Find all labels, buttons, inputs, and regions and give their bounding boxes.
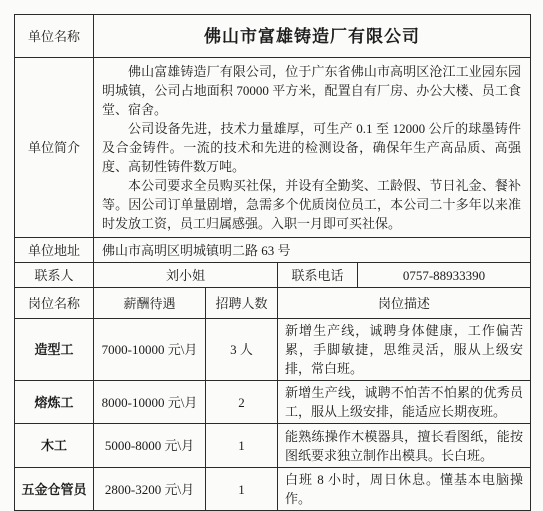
contact-person-label: 联系人 [15,263,94,288]
job-name: 熔炼工 [15,381,94,424]
job-salary: 2800-3200 元\月 [94,468,206,511]
job-name: 造型工 [15,319,94,381]
intro-paragraph-1: 佛山富雄铸造厂有限公司，位于广东省佛山市高明区沧江工业园东园明城镇，公司占地面积… [102,62,521,119]
job-headcount: 1 [206,424,278,468]
job-salary: 5000-8000 元\月 [94,424,206,468]
job-description: 白班 8 小时，周日休息。懂基本电脑操作。 [278,468,531,511]
table-row-company-name: 单位名称 佛山市富雄铸造厂有限公司 [15,15,531,58]
jobs-header-description: 岗位描述 [278,288,531,319]
job-headcount: 3 人 [206,319,278,381]
job-name: 木工 [15,424,94,468]
job-headcount: 1 [206,468,278,511]
job-salary: 7000-10000 元\月 [94,319,206,381]
table-row-address: 单位地址 佛山市高明区明城镇明二路 63 号 [15,238,531,263]
table-row-contact: 联系人 刘小姐 联系电话 0757-88933390 [15,263,531,288]
table-row-job-molder: 造型工 7000-10000 元\月 3 人 新增生产线，诚聘身体健康，工作偏苦… [15,319,531,381]
table-row-job-warehouse-keeper: 五金仓管员 2800-3200 元\月 1 白班 8 小时，周日休息。懂基本电脑… [15,468,531,511]
contact-phone-value: 0757-88933390 [358,263,531,288]
company-name-label: 单位名称 [15,15,94,58]
intro-paragraph-3: 本公司要求全员购买社保，并设有全勤奖、工龄假、节日礼金、餐补等。因公司订单量剧增… [102,176,521,233]
job-description: 新增生产线，诚聘不怕苦不怕累的优秀员工，服从上级安排，能适应长期夜班。 [278,381,531,424]
job-headcount: 2 [206,381,278,424]
job-description: 能熟练操作木模器具，擅长看图纸，能按图纸要求独立制作出模具。长白班。 [278,424,531,468]
table-row-company-intro: 单位简介 佛山富雄铸造厂有限公司，位于广东省佛山市高明区沧江工业园东园明城镇，公… [15,58,531,238]
company-intro-label: 单位简介 [15,58,94,238]
table-row-job-carpenter: 木工 5000-8000 元\月 1 能熟练操作木模器具，擅长看图纸，能按图纸要… [15,424,531,468]
address-value: 佛山市高明区明城镇明二路 63 号 [94,238,531,263]
company-intro-value: 佛山富雄铸造厂有限公司，位于广东省佛山市高明区沧江工业园东园明城镇，公司占地面积… [94,58,531,238]
contact-person-value: 刘小姐 [94,263,278,288]
company-name-value: 佛山市富雄铸造厂有限公司 [94,15,531,58]
job-name: 五金仓管员 [15,468,94,511]
job-posting-table: 单位名称 佛山市富雄铸造厂有限公司 单位简介 佛山富雄铸造厂有限公司，位于广东省… [14,14,531,511]
job-salary: 8000-10000 元\月 [94,381,206,424]
job-description: 新增生产线，诚聘身体健康，工作偏苦累，手脚敏捷，思维灵活，服从上级安排，常白班。 [278,319,531,381]
address-label: 单位地址 [15,238,94,263]
table-row-jobs-header: 岗位名称 薪酬待遇 招聘人数 岗位描述 [15,288,531,319]
jobs-header-salary: 薪酬待遇 [94,288,206,319]
table-row-job-smelter: 熔炼工 8000-10000 元\月 2 新增生产线，诚聘不怕苦不怕累的优秀员工… [15,381,531,424]
contact-phone-label: 联系电话 [278,263,358,288]
jobs-header-headcount: 招聘人数 [206,288,278,319]
intro-paragraph-2: 公司设备先进，技术力量雄厚，可生产 0.1 至 12000 公斤的球墨铸件及合金… [102,119,521,176]
jobs-header-position: 岗位名称 [15,288,94,319]
